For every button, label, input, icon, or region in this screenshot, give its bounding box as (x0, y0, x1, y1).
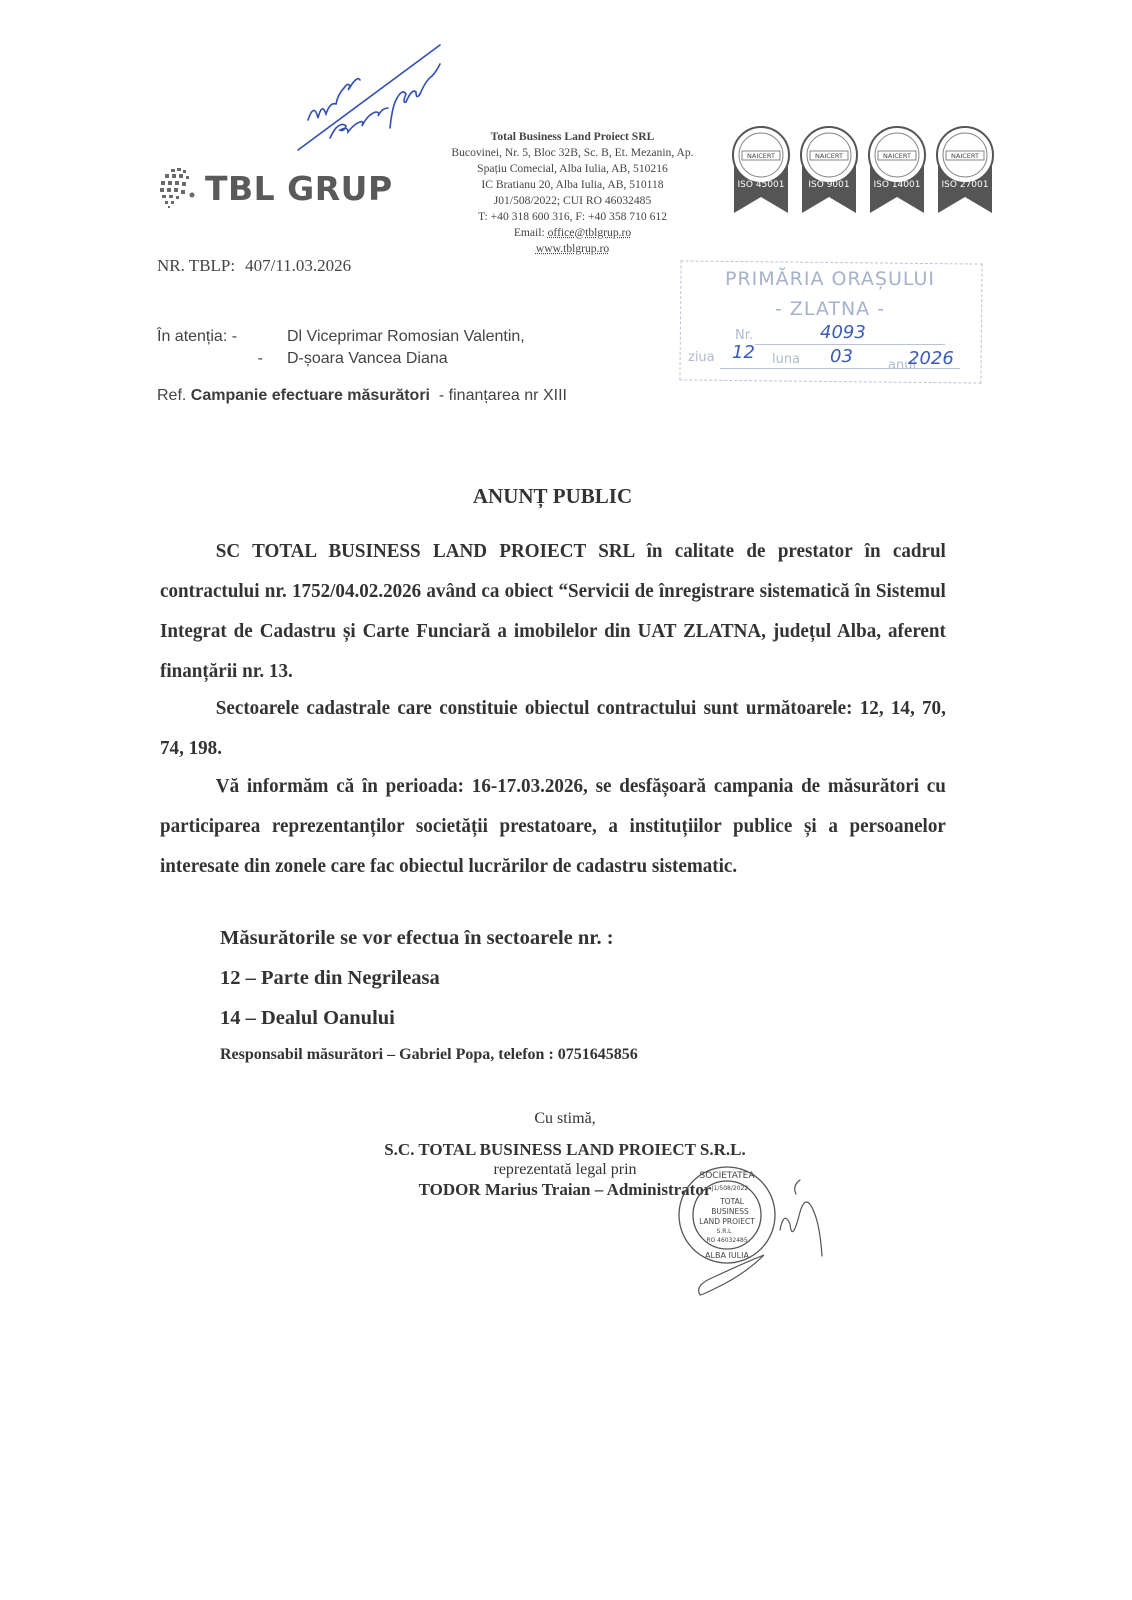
certification-ribbon-icon: NAICERT (798, 125, 860, 215)
company-logo: TBL GRUP (155, 165, 393, 211)
certification-ribbon-icon: NAICERT (730, 125, 792, 215)
badge-label: ISO 27001 (934, 180, 996, 190)
stamp-month-label: luna (772, 352, 800, 367)
badge-label: ISO 14001 (866, 180, 928, 190)
registration-number: NR. TBLP:407/11.03.2026 (157, 256, 351, 276)
email-link[interactable]: office@tblgrup.ro (548, 226, 632, 239)
stamp-title: PRIMĂRIA ORAȘULUI (680, 268, 980, 290)
badge-label: ISO 45001 (730, 180, 792, 190)
sectors-intro: Măsurătorile se vor efectua în sectoarel… (220, 927, 614, 950)
certification-ribbon-icon: NAICERT (934, 125, 996, 215)
iso-45001-badge: NAICERT ISO 45001 (730, 125, 792, 215)
sector-item: 12 – Parte din Negrileasa (220, 967, 440, 990)
svg-text:NAICERT: NAICERT (951, 152, 979, 160)
email-label: Email: (514, 226, 548, 239)
town-hall-stamp: PRIMĂRIA ORAȘULUI - ZLATNA - Nr. 4093 zi… (680, 262, 985, 384)
stamp-day-value: 12 (732, 342, 755, 363)
company-address-line: IC Bratianu 20, Alba Iulia, AB, 510118 (425, 177, 720, 193)
company-phone-line: T: +40 318 600 316, F: +40 358 710 612 (425, 209, 720, 225)
iso-9001-badge: NAICERT ISO 9001 (798, 125, 860, 215)
stamp-subtitle: - ZLATNA - (680, 298, 980, 320)
stamp-line (720, 368, 960, 369)
certification-ribbon-icon: NAICERT (866, 125, 928, 215)
attention-label: În atenția: - (157, 326, 267, 348)
stamp-year-value: 2026 (908, 348, 954, 369)
logo-text: TBL GRUP (205, 169, 393, 208)
company-registration-line: J01/508/2022; CUI RO 46032485 (425, 193, 720, 209)
reference-line: Ref. Campanie efectuare măsurători - fin… (157, 387, 567, 405)
stamp-line (755, 344, 945, 345)
company-name: Total Business Land Proiect SRL (425, 129, 720, 145)
company-header: Total Business Land Proiect SRL Bucovine… (425, 129, 720, 257)
company-address-line: Bucovinei, Nr. 5, Bloc 32B, Sc. B, Et. M… (425, 145, 720, 161)
iso-14001-badge: NAICERT ISO 14001 (866, 125, 928, 215)
stamp-nr-label: Nr. (735, 328, 753, 343)
announcement-paragraph: SC TOTAL BUSINESS LAND PROIECT SRL în ca… (160, 531, 946, 691)
announcement-paragraph: Vă informăm că în perioada: 16-17.03.202… (160, 766, 946, 886)
announcement-title: ANUNȚ PUBLIC (0, 484, 1105, 509)
announcement-paragraph: Sectoarele cadastrale care constituie ob… (160, 688, 946, 768)
stamp-month-value: 03 (830, 346, 853, 367)
badge-label: ISO 9001 (798, 180, 860, 190)
attention-row: - D-șoara Vancea Diana (157, 348, 525, 370)
recipient: D-șoara Vancea Diana (287, 348, 448, 370)
svg-text:NAICERT: NAICERT (747, 152, 775, 160)
attention-block: În atenția: - Dl Viceprimar Romosian Val… (157, 326, 525, 370)
iso-27001-badge: NAICERT ISO 27001 (934, 125, 996, 215)
responsible-contact: Responsabil măsurători – Gabriel Popa, t… (220, 1046, 638, 1064)
certification-badges: NAICERT ISO 45001 NAICERT ISO 9001 NAICE… (730, 125, 996, 215)
svg-text:NAICERT: NAICERT (883, 152, 911, 160)
recipient: Dl Viceprimar Romosian Valentin, (287, 326, 525, 348)
closing-firm: S.C. TOTAL BUSINESS LAND PROIECT S.R.L. (330, 1140, 800, 1160)
signature-icon (680, 1170, 830, 1310)
recipient-dash: - (157, 348, 267, 370)
attention-row: În atenția: - Dl Viceprimar Romosian Val… (157, 326, 525, 348)
globe-dots-icon (155, 165, 201, 211)
reference-prefix: Ref. (157, 387, 191, 404)
reference-suffix: - finanțarea nr XIII (430, 387, 567, 404)
company-address-line: Spațiu Comecial, Alba Iulia, AB, 510216 (425, 161, 720, 177)
registration-label: NR. TBLP: (157, 256, 235, 275)
reference-subject: Campanie efectuare măsurători (191, 387, 430, 404)
company-email-line: Email: office@tblgrup.ro (425, 225, 720, 241)
stamp-nr-value: 4093 (820, 322, 866, 343)
website-link[interactable]: www.tblgrup.ro (425, 241, 720, 257)
registration-value: 407/11.03.2026 (245, 256, 351, 275)
stamp-day-label: ziua (688, 350, 715, 365)
closing-greeting: Cu stimă, (330, 1110, 800, 1128)
sector-item: 14 – Dealul Oanului (220, 1007, 395, 1030)
svg-text:NAICERT: NAICERT (815, 152, 843, 160)
